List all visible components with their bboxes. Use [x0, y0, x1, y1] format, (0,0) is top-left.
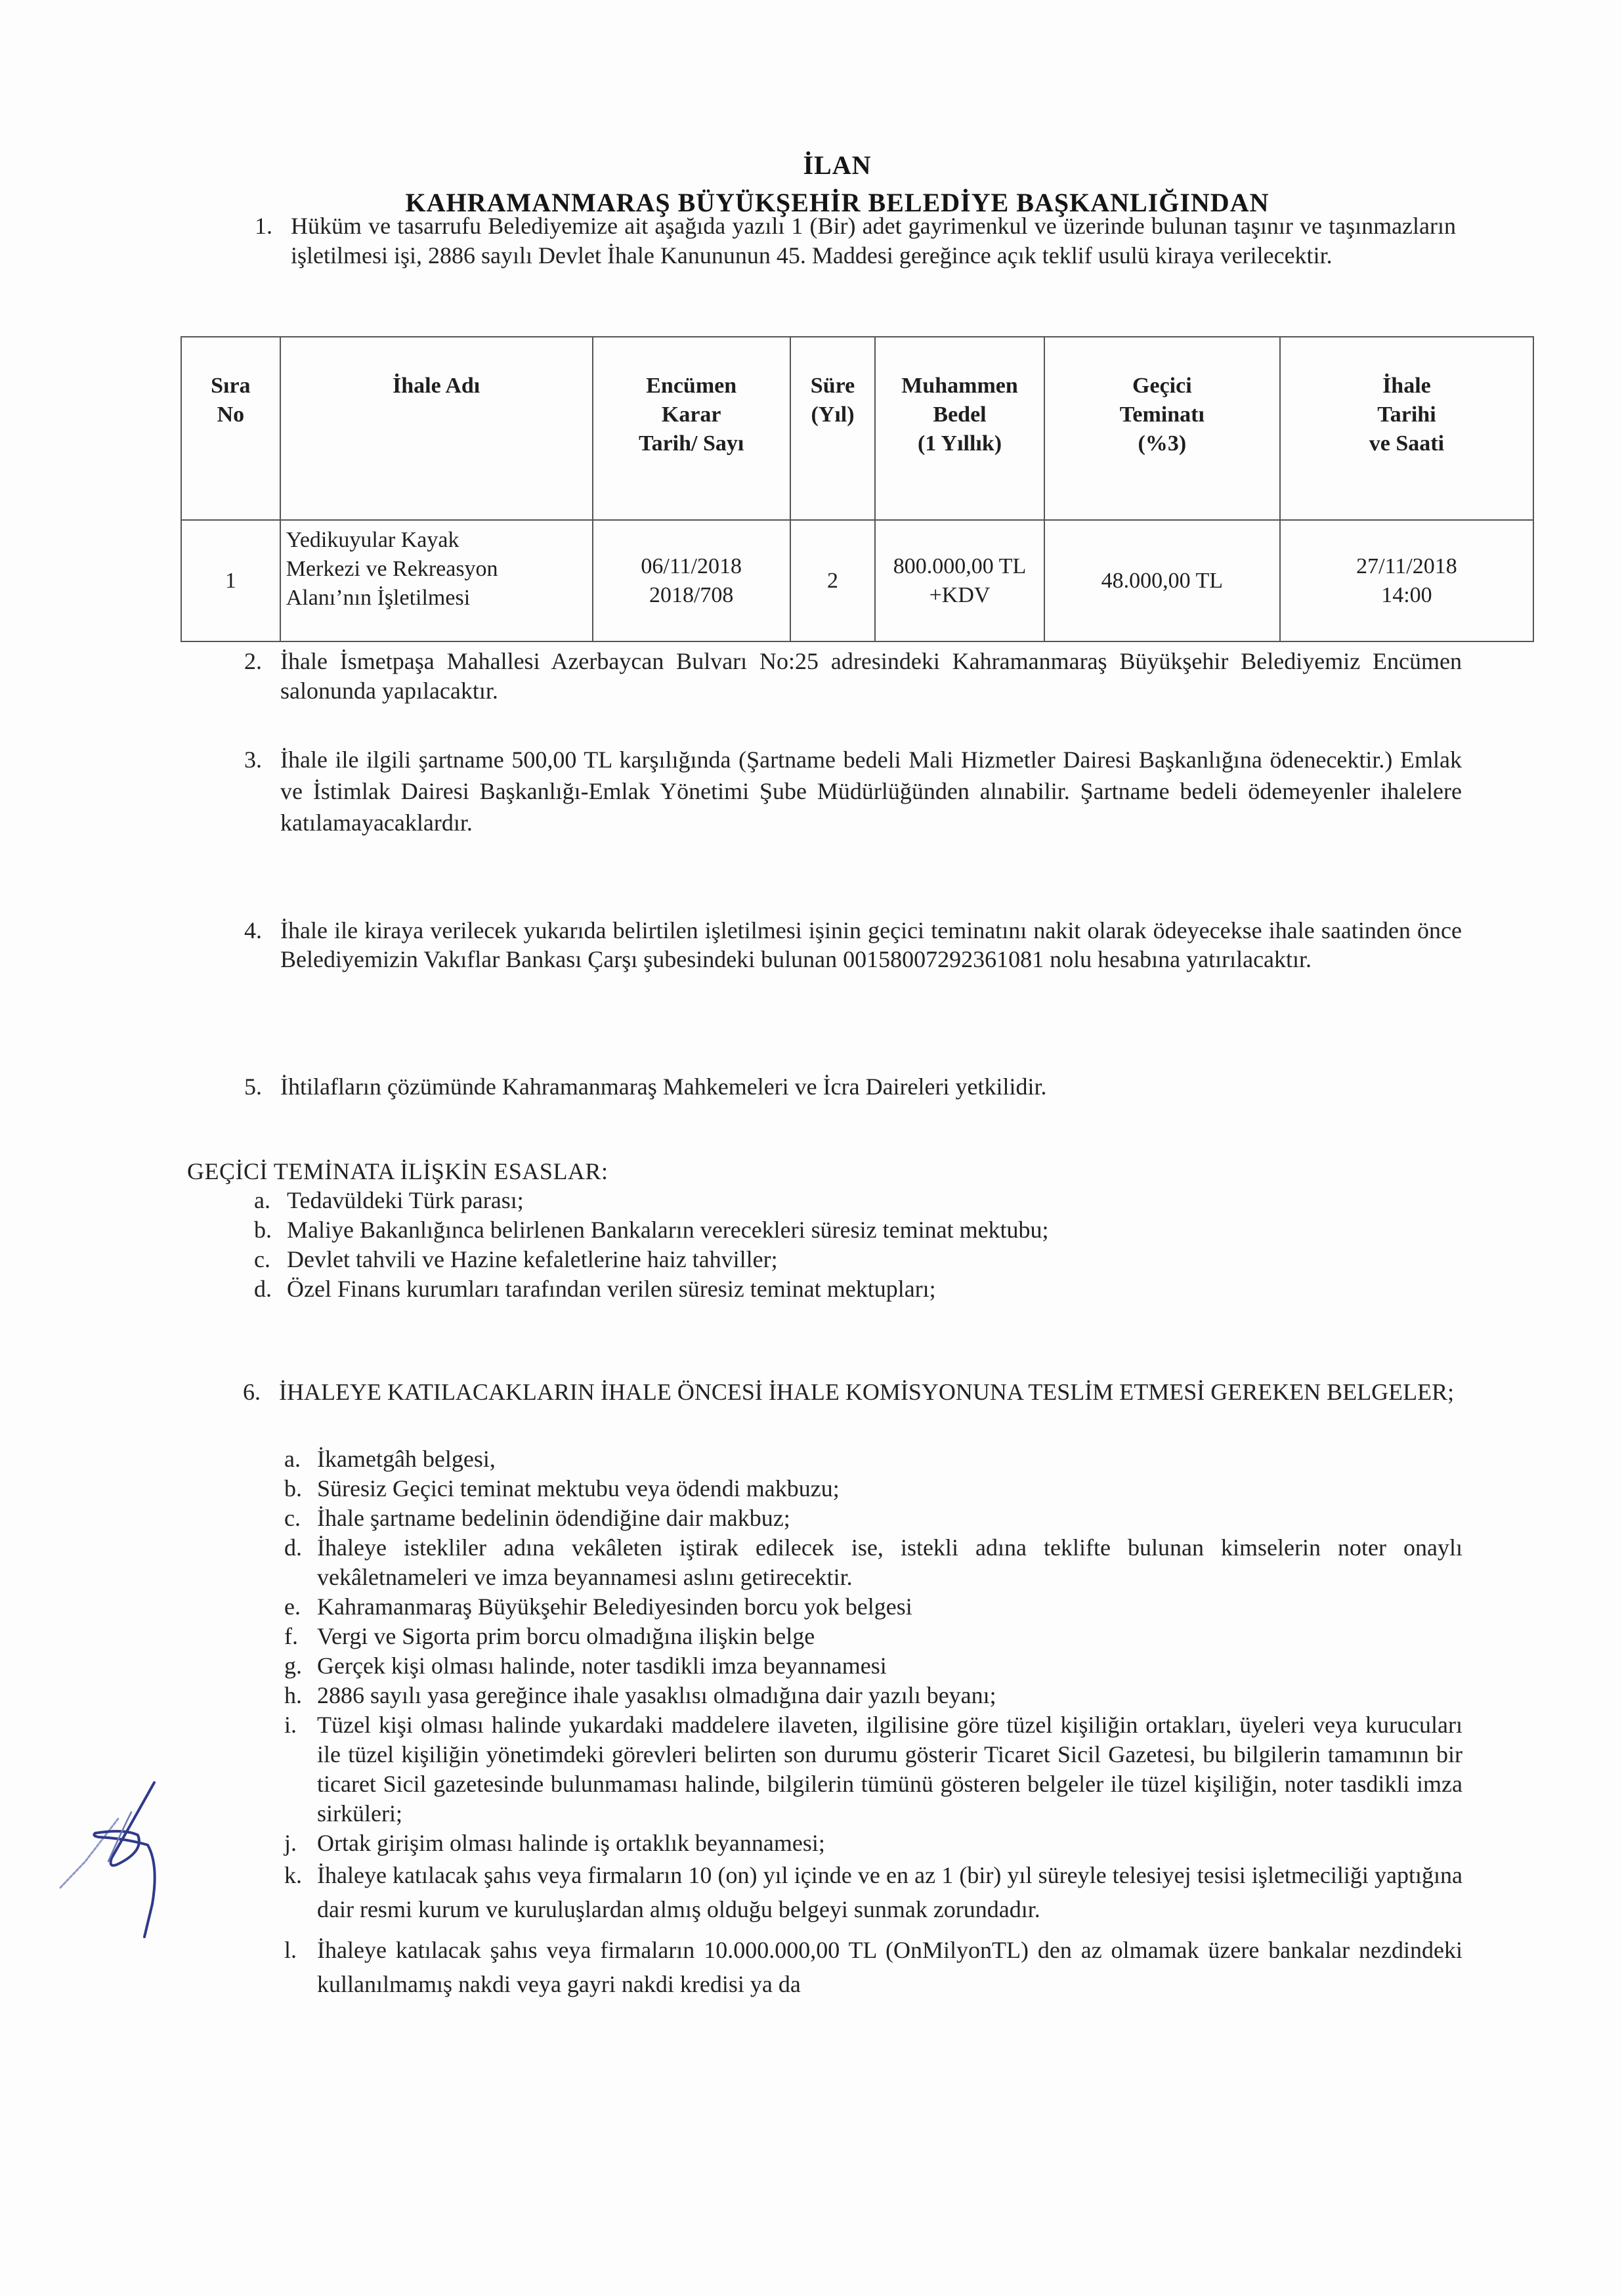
col-header-sure: Süre(Yıl): [790, 337, 875, 520]
list-item: d.İhaleye istekliler adına vekâleten işt…: [317, 1533, 1462, 1592]
list-item: c.İhale şartname bedelinin ödendiğine da…: [317, 1504, 1462, 1533]
paragraph-3: 3. İhale ile ilgili şartname 500,00 TL k…: [280, 744, 1462, 838]
cell-ihale-tarihi: 27/11/201814:00: [1280, 520, 1533, 641]
tender-table: SıraNo İhale Adı EncümenKararTarih/ Sayı…: [181, 336, 1534, 642]
cell-sure: 2: [790, 520, 875, 641]
paragraph-6-heading: 6. İHALEYE KATILACAKLARIN İHALE ÖNCESİ İ…: [279, 1377, 1461, 1406]
paragraph-number: 5.: [244, 1072, 262, 1102]
paragraph-number: 1.: [255, 211, 272, 241]
col-header-encumen-karar: EncümenKararTarih/ Sayı: [593, 337, 790, 520]
belgeler-list: a.İkametgâh belgesi, b.Süresiz Geçici te…: [317, 1444, 1462, 2001]
handwritten-signature-icon: [46, 1773, 177, 1943]
paragraph-5: 5. İhtilafların çözümünde Kahramanmaraş …: [280, 1072, 1462, 1102]
col-header-sira-no: SıraNo: [181, 337, 280, 520]
list-item: e.Kahramanmaraş Büyükşehir Belediyesinde…: [317, 1592, 1462, 1622]
list-item: a.Tedavüldeki Türk parası;: [287, 1186, 1403, 1215]
list-item: d.Özel Finans kurumları tarafından veril…: [287, 1274, 1403, 1304]
list-item: b.Süresiz Geçici teminat mektubu veya öd…: [317, 1474, 1462, 1504]
paragraph-number: 4.: [244, 916, 262, 945]
belgeler-heading: İHALEYE KATILACAKLARIN İHALE ÖNCESİ İHAL…: [279, 1379, 1454, 1405]
list-item: f.Vergi ve Sigorta prim borcu olmadığına…: [317, 1622, 1462, 1651]
cell-muhammen-bedel: 800.000,00 TL+KDV: [875, 520, 1044, 641]
list-item: a.İkametgâh belgesi,: [317, 1444, 1462, 1474]
list-item: h.2886 sayılı yasa gereğince ihale yasak…: [317, 1681, 1462, 1710]
list-item: l.İhaleye katılacak şahıs veya firmaları…: [317, 1933, 1462, 2001]
paragraph-2: 2. İhale İsmetpaşa Mahallesi Azerbaycan …: [280, 647, 1462, 706]
notice-title: İLAN: [26, 150, 1622, 181]
cell-gecici-teminat: 48.000,00 TL: [1044, 520, 1280, 641]
list-item: b.Maliye Bakanlığınca belirlenen Bankala…: [287, 1215, 1403, 1245]
cell-sira-no: 1: [181, 520, 280, 641]
list-item: c.Devlet tahvili ve Hazine kefaletlerine…: [287, 1245, 1403, 1274]
paragraph-1: 1. Hüküm ve tasarrufu Belediyemize ait a…: [291, 211, 1456, 271]
col-header-ihale-adi: İhale Adı: [280, 337, 593, 520]
cell-encumen-karar: 06/11/20182018/708: [593, 520, 790, 641]
paragraph-text: İhale İsmetpaşa Mahallesi Azerbaycan Bul…: [280, 648, 1462, 704]
col-header-gecici-teminat: GeçiciTeminatı(%3): [1044, 337, 1280, 520]
paragraph-text: Hüküm ve tasarrufu Belediyemize ait aşağ…: [291, 213, 1456, 269]
gecici-teminat-list: a.Tedavüldeki Türk parası; b.Maliye Baka…: [287, 1186, 1403, 1304]
paragraph-4: 4. İhale ile kiraya verilecek yukarıda b…: [280, 916, 1462, 974]
col-header-muhammen-bedel: MuhammenBedel(1 Yıllık): [875, 337, 1044, 520]
paragraph-text: İhale ile ilgili şartname 500,00 TL karş…: [280, 747, 1462, 836]
paragraph-number: 6.: [243, 1377, 261, 1406]
table-row: 1 Yedikuyular KayakMerkezi ve Rekreasyon…: [181, 520, 1533, 641]
list-item: k.İhaleye katılacak şahıs veya firmaları…: [317, 1858, 1462, 1926]
list-item: j.Ortak girişim olması halinde iş ortakl…: [317, 1829, 1462, 1858]
paragraph-number: 3.: [244, 744, 262, 775]
tender-notice-page: İLAN KAHRAMANMARAŞ BÜYÜKŞEHİR BELEDİYE B…: [0, 0, 1622, 2296]
list-item: g.Gerçek kişi olması halinde, noter tasd…: [317, 1651, 1462, 1681]
paragraph-text: İhtilafların çözümünde Kahramanmaraş Mah…: [280, 1073, 1047, 1100]
col-header-ihale-tarihi: İhaleTarihive Saati: [1280, 337, 1533, 520]
paragraph-number: 2.: [244, 647, 262, 676]
gecici-teminat-heading: GEÇİCİ TEMİNATA İLİŞKİN ESASLAR:: [187, 1158, 608, 1185]
table-header-row: SıraNo İhale Adı EncümenKararTarih/ Sayı…: [181, 337, 1533, 520]
paragraph-text: İhale ile kiraya verilecek yukarıda beli…: [280, 917, 1462, 972]
cell-ihale-adi: Yedikuyular KayakMerkezi ve RekreasyonAl…: [280, 520, 593, 641]
list-item: i.Tüzel kişi olması halinde yukardaki ma…: [317, 1710, 1462, 1829]
